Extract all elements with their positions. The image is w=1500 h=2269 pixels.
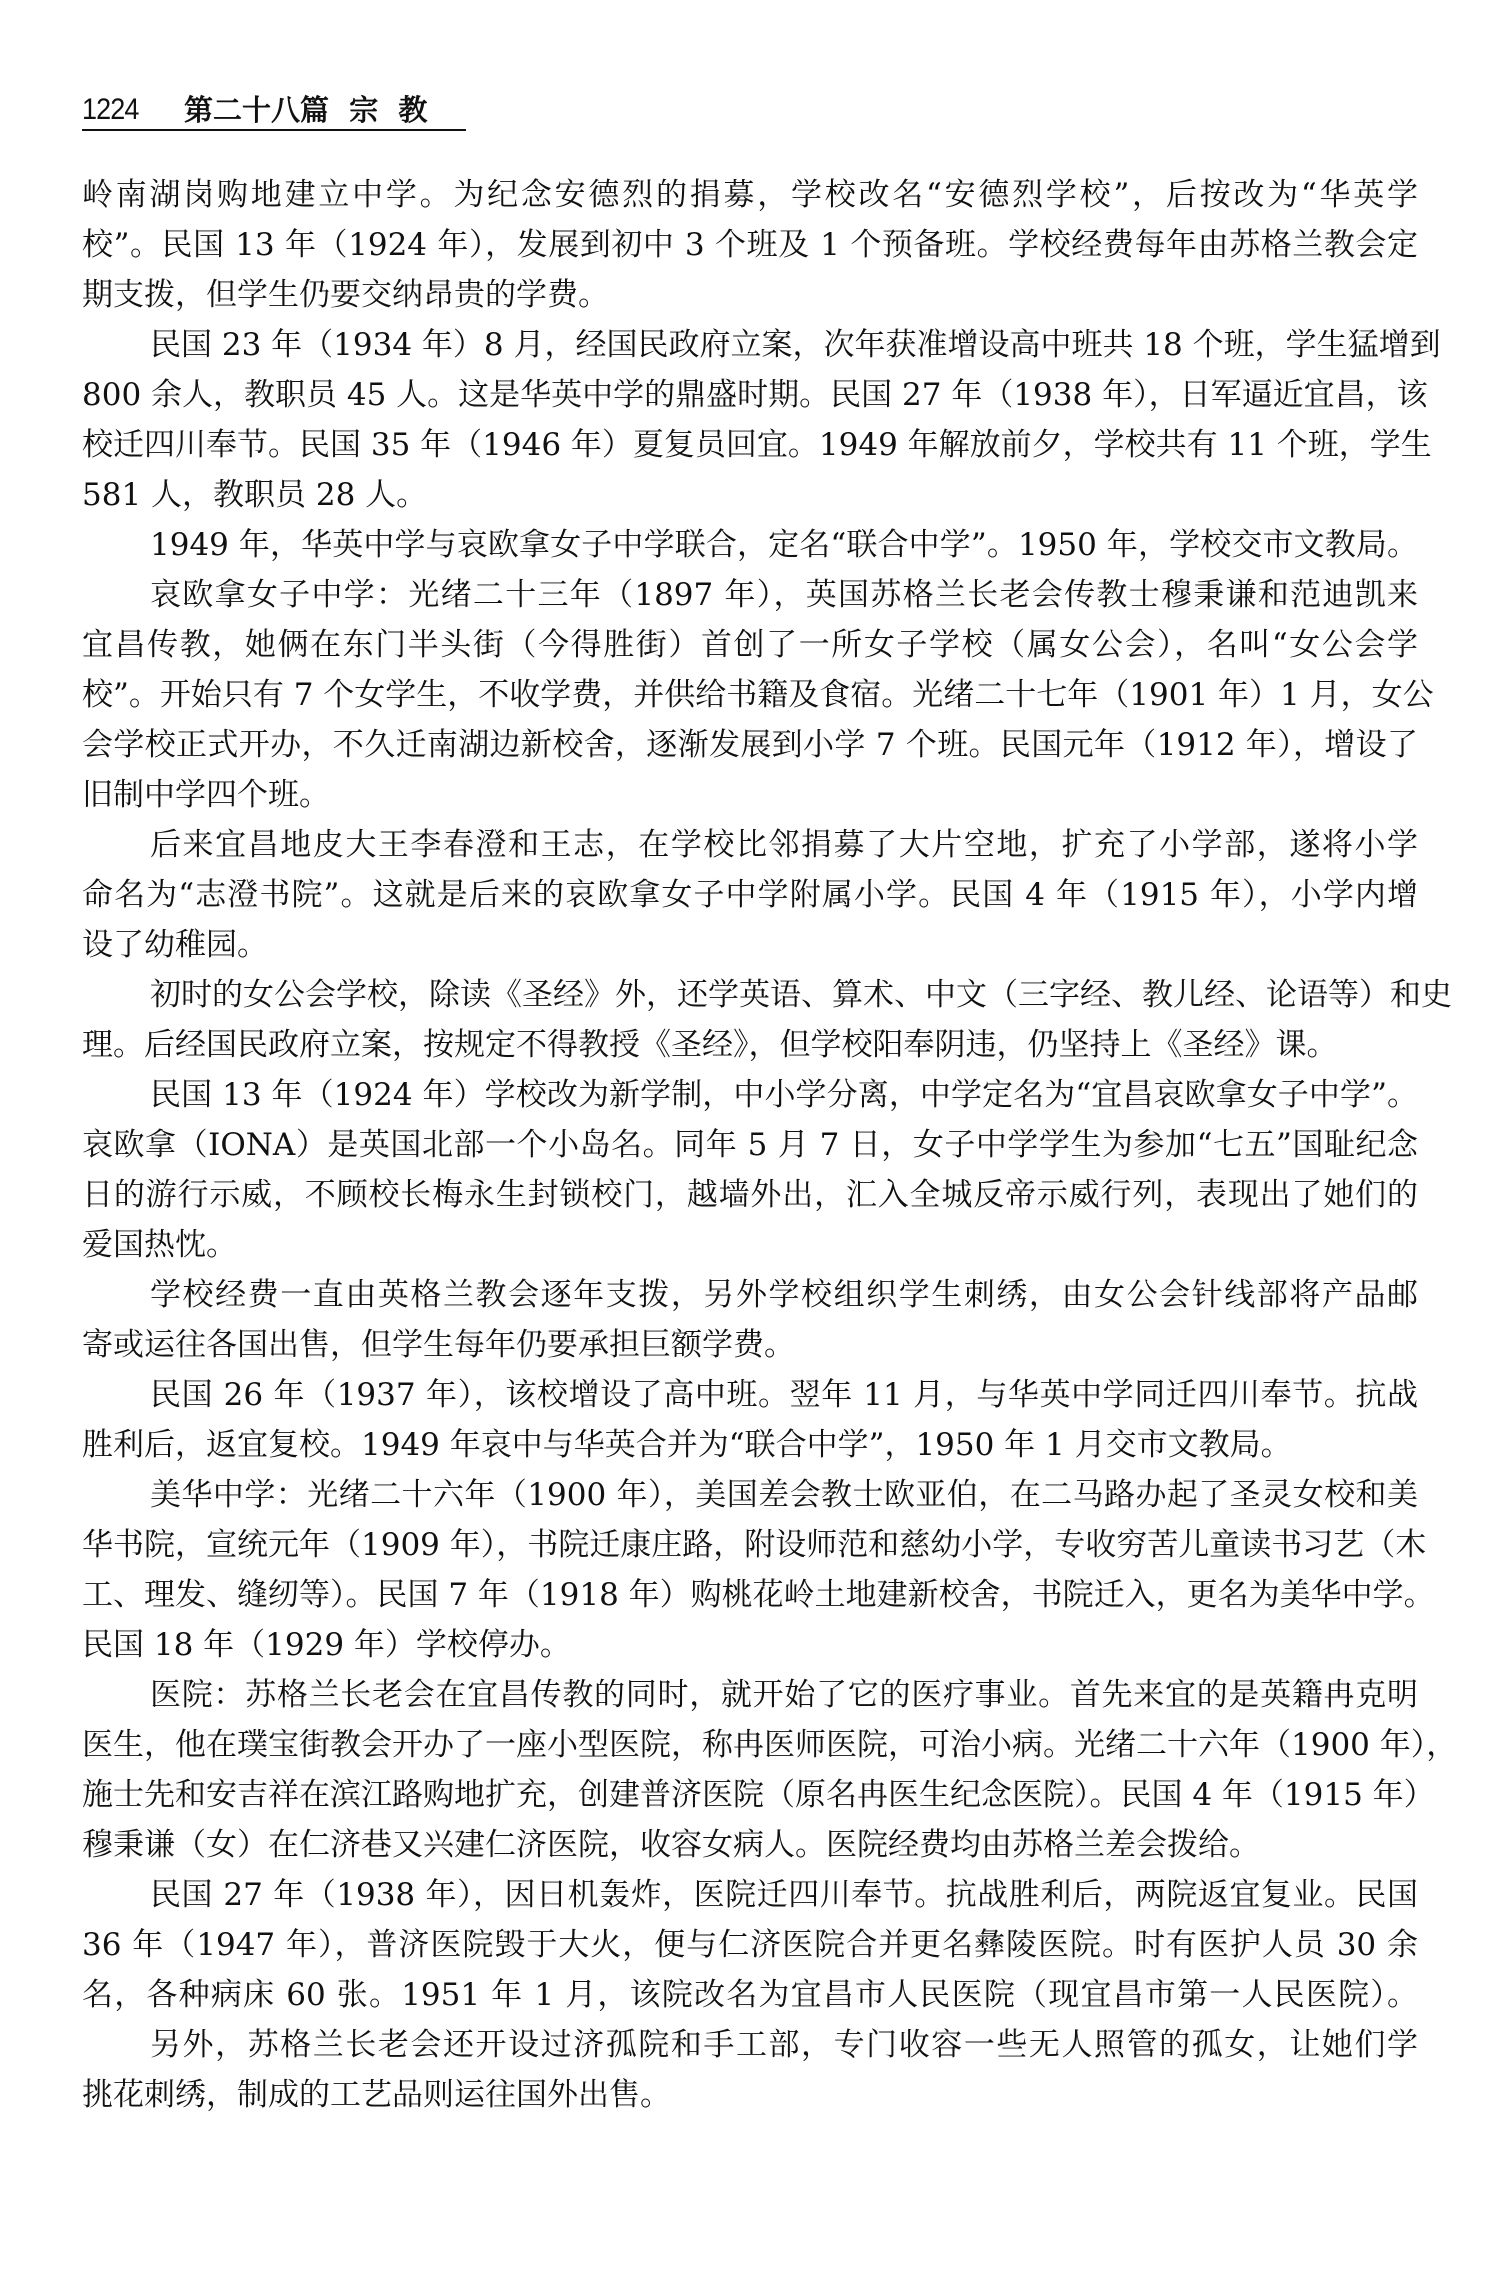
text-line: 岭南湖岗购地建立中学。为纪念安德烈的捐募，学校改名“安德烈学校”，后按改为“华英… [82, 170, 1418, 220]
text-line: 民国 23 年（1934 年）8 月，经国民政府立案，次年获准增设高中班共 18… [150, 320, 1418, 370]
text-line: 挑花刺绣，制成的工艺品则运往国外出售。 [82, 2070, 1418, 2120]
text-line: 工、理发、缝纫等）。民国 7 年（1918 年）购桃花岭土地建新校舍，书院迁入，… [82, 1570, 1418, 1620]
text-line: 医院：苏格兰长老会在宜昌传教的同时，就开始了它的医疗事业。首先来宜的是英籍冉克明 [150, 1670, 1418, 1720]
text-line: 寄或运往各国出售，但学生每年仍要承担巨额学费。 [82, 1320, 1418, 1370]
section-title: 第二十八篇 宗 教 [184, 93, 427, 127]
text-line: 后来宜昌地皮大王李春澄和王志，在学校比邻捐募了大片空地，扩充了小学部，遂将小学 [150, 820, 1418, 870]
book-page: 1224 第二十八篇 宗 教 岭南湖岗购地建立中学。为纪念安德烈的捐募，学校改名… [0, 0, 1500, 2269]
text-line: 哀欧拿（IONA）是英国北部一个小岛名。同年 5 月 7 日，女子中学学生为参加… [82, 1120, 1418, 1170]
text-line: 命名为“志澄书院”。这就是后来的哀欧拿女子中学附属小学。民国 4 年（1915 … [82, 870, 1418, 920]
text-line: 施士先和安吉祥在滨江路购地扩充，创建普济医院（原名冉医生纪念医院）。民国 4 年… [82, 1770, 1418, 1820]
text-line: 36 年（1947 年），普济医院毁于大火，便与仁济医院合并更名彝陵医院。时有医… [82, 1920, 1418, 1970]
text-line: 穆秉谦（女）在仁济巷又兴建仁济医院，收容女病人。医院经费均由苏格兰差会拨给。 [82, 1820, 1418, 1870]
text-line: 哀欧拿女子中学：光绪二十三年（1897 年），英国苏格兰长老会传教士穆秉谦和范迪… [150, 570, 1418, 620]
text-line: 期支拨，但学生仍要交纳昂贵的学费。 [82, 270, 1418, 320]
text-line: 初时的女公会学校，除读《圣经》外，还学英语、算术、中文（三字经、教儿经、论语等）… [150, 970, 1418, 1020]
text-line: 爱国热忱。 [82, 1220, 1418, 1270]
text-line: 胜利后，返宜复校。1949 年哀中与华英合并为“联合中学”，1950 年 1 月… [82, 1420, 1418, 1470]
text-line: 民国 13 年（1924 年）学校改为新学制，中小学分离，中学定名为“宜昌哀欧拿… [150, 1070, 1418, 1120]
text-line: 医生，他在璞宝街教会开办了一座小型医院，称冉医师医院，可治小病。光绪二十六年（1… [82, 1720, 1418, 1770]
text-line: 校”。民国 13 年（1924 年），发展到初中 3 个班及 1 个预备班。学校… [82, 220, 1418, 270]
text-line: 1949 年，华英中学与哀欧拿女子中学联合，定名“联合中学”。1950 年，学校… [150, 520, 1418, 570]
text-line: 日的游行示威，不顾校长梅永生封锁校门，越墙外出，汇入全城反帝示威行列，表现出了她… [82, 1170, 1418, 1220]
text-line: 民国 18 年（1929 年）学校停办。 [82, 1620, 1418, 1670]
text-line: 华书院，宣统元年（1909 年），书院迁康庄路，附设师范和慈幼小学，专收穷苦儿童… [82, 1520, 1418, 1570]
text-line: 另外，苏格兰长老会还开设过济孤院和手工部，专门收容一些无人照管的孤女，让她们学 [150, 2020, 1418, 2070]
running-header: 1224 第二十八篇 宗 教 [82, 93, 466, 131]
text-line: 581 人，教职员 28 人。 [82, 470, 1418, 520]
text-line: 美华中学：光绪二十六年（1900 年），美国差会教士欧亚伯，在二马路办起了圣灵女… [150, 1470, 1418, 1520]
text-line: 会学校正式开办，不久迁南湖边新校舍，逐渐发展到小学 7 个班。民国元年（1912… [82, 720, 1418, 770]
text-line: 民国 27 年（1938 年），因日机轰炸，医院迁四川奉节。抗战胜利后，两院返宜… [150, 1870, 1418, 1920]
text-line: 设了幼稚园。 [82, 920, 1418, 970]
text-line: 800 余人，教职员 45 人。这是华英中学的鼎盛时期。民国 27 年（1938… [82, 370, 1418, 420]
text-line: 民国 26 年（1937 年），该校增设了高中班。翌年 11 月，与华英中学同迁… [150, 1370, 1418, 1420]
text-line: 学校经费一直由英格兰教会逐年支拨，另外学校组织学生刺绣，由女公会针线部将产品邮 [150, 1270, 1418, 1320]
page-number: 1224 [82, 93, 138, 127]
text-line: 校”。开始只有 7 个女学生，不收学费，并供给书籍及食宿。光绪二十七年（1901… [82, 670, 1418, 720]
text-line: 校迁四川奉节。民国 35 年（1946 年）夏复员回宜。1949 年解放前夕，学… [82, 420, 1418, 470]
text-line: 宜昌传教，她俩在东门半头街（今得胜街）首创了一所女子学校（属女公会），名叫“女公… [82, 620, 1418, 670]
text-line: 旧制中学四个班。 [82, 770, 1418, 820]
text-line: 理。后经国民政府立案，按规定不得教授《圣经》，但学校阳奉阴违，仍坚持上《圣经》课… [82, 1020, 1418, 1070]
text-line: 名，各种病床 60 张。1951 年 1 月，该院改名为宜昌市人民医院（现宜昌市… [82, 1970, 1418, 2020]
